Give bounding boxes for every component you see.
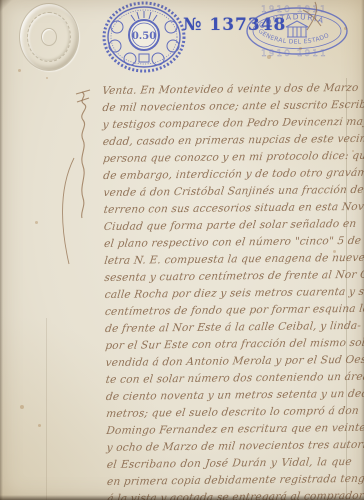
margin-rubric-icon — [52, 86, 96, 276]
revenue-stamp-value: 0.50 — [132, 31, 156, 42]
revenue-stamp-icon: 0.50 — [101, 1, 187, 73]
foxing-spot — [46, 77, 48, 79]
foxing-spot — [20, 405, 24, 409]
manuscript-line: á la vista y acotada se entregará al com… — [106, 488, 353, 500]
foxing-spot — [299, 47, 302, 50]
manuscript-body: Venta. En Montevideo á veinte y dos de M… — [101, 80, 351, 500]
foxing-spot — [18, 69, 21, 72]
control-stamp-years-bottom: 1910 1911 — [261, 49, 328, 58]
svg-text:1910 1911: 1910 1911 — [261, 49, 328, 58]
foxing-spot — [267, 55, 271, 59]
embossed-seal-icon — [19, 3, 79, 71]
pen-flourish-icon — [295, 0, 331, 34]
embossed-seal-center — [41, 28, 57, 46]
foxing-spot — [35, 221, 38, 224]
foxing-spot — [344, 27, 347, 30]
foxing-spot — [38, 424, 41, 427]
left-fold-crease — [46, 318, 47, 500]
manuscript-page: 0.50 № 137348 1910 1911 1910 1911 CONTAD… — [0, 0, 364, 500]
